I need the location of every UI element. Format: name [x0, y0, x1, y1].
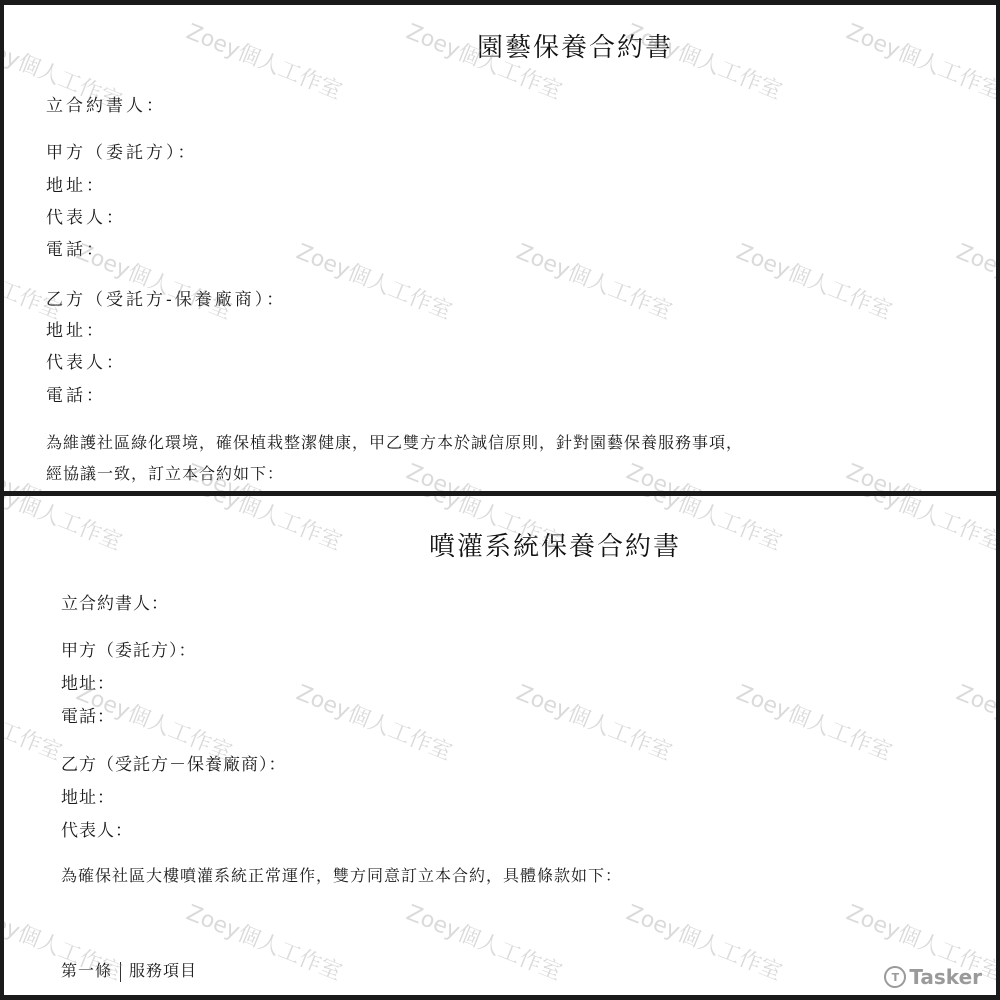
- watermark: Zoey個人工作室: [952, 235, 996, 326]
- watermark: Zoey個人工作室: [4, 496, 127, 557]
- watermark: Zoey個人工作室: [402, 455, 567, 491]
- watermark: Zoey個人工作室: [732, 676, 897, 767]
- preamble-line-2: 經協議一致，訂立本合約如下：: [46, 461, 284, 484]
- tasker-logo: T Tasker: [884, 965, 982, 989]
- signatories-label: 立合約書人：: [61, 589, 169, 614]
- watermark: Zoey個人工作室: [842, 496, 996, 557]
- watermark: Zoey個人工作室: [182, 15, 347, 106]
- watermark: Zoey個人工作室: [512, 235, 677, 326]
- watermark: Zoey個人工作室: [4, 676, 67, 767]
- watermark: Zoey個人工作室: [292, 235, 457, 326]
- watermark: Zoey個人工作室: [292, 676, 457, 767]
- watermark: Zoey個人工作室: [182, 896, 347, 987]
- tasker-logo-text: Tasker: [909, 965, 982, 989]
- article-title: 服務項目: [129, 961, 197, 980]
- watermark: Zoey個人工作室: [622, 896, 787, 987]
- party-b-representative: 代表人：: [61, 816, 133, 841]
- contract-page-landscaping: 園藝保養合約書 立合約書人： 甲方（委託方）： 地址： 代表人： 電話： 乙方（…: [4, 5, 996, 491]
- party-b-representative: 代表人：: [46, 348, 126, 373]
- preamble-line-1: 為維護社區綠化環境，確保植栽整潔健康，甲乙雙方本於誠信原則，針對園藝保養服務事項…: [46, 430, 743, 453]
- article-1-heading: 第一條服務項目: [61, 958, 197, 982]
- party-b-heading: 乙方（受託方－保養廠商）：: [61, 750, 287, 775]
- party-a-phone: 電話：: [61, 702, 115, 727]
- party-a-representative: 代表人：: [46, 203, 126, 228]
- watermark: Zoey個人工作室: [842, 455, 996, 491]
- preamble: 為確保社區大樓噴灌系統正常運作，雙方同意訂立本合約，具體條款如下：: [61, 863, 622, 886]
- watermark: Zoey個人工作室: [622, 455, 787, 491]
- party-a-address: 地址：: [61, 669, 115, 694]
- watermark: Zoey個人工作室: [732, 235, 897, 326]
- tasker-logo-icon: T: [884, 966, 906, 988]
- party-a-heading: 甲方（委託方）：: [46, 138, 198, 163]
- watermark: Zoey個人工作室: [182, 496, 347, 557]
- watermark: Zoey個人工作室: [512, 676, 677, 767]
- contract-page-irrigation: 噴灌系統保養合約書 立合約書人： 甲方（委託方）： 地址： 電話： 乙方（受託方…: [4, 496, 996, 995]
- party-a-address: 地址：: [46, 171, 106, 196]
- document-title: 噴灌系統保養合約書: [429, 526, 681, 563]
- party-b-address: 地址：: [46, 316, 106, 341]
- watermark: Zoey個人工作室: [842, 15, 996, 106]
- party-b-address: 地址：: [61, 783, 115, 808]
- watermark: Zoey個人工作室: [952, 676, 996, 767]
- party-a-phone: 電話：: [46, 235, 106, 260]
- signatories-label: 立合約書人：: [46, 91, 166, 116]
- divider: [120, 962, 121, 982]
- party-a-heading: 甲方（委託方）：: [61, 636, 197, 661]
- document-title: 園藝保養合約書: [477, 27, 673, 64]
- party-b-phone: 電話：: [46, 381, 106, 406]
- party-b-heading: 乙方（受託方-保養廠商）：: [46, 285, 286, 310]
- watermark: Zoey個人工作室: [402, 896, 567, 987]
- article-number: 第一條: [61, 961, 112, 980]
